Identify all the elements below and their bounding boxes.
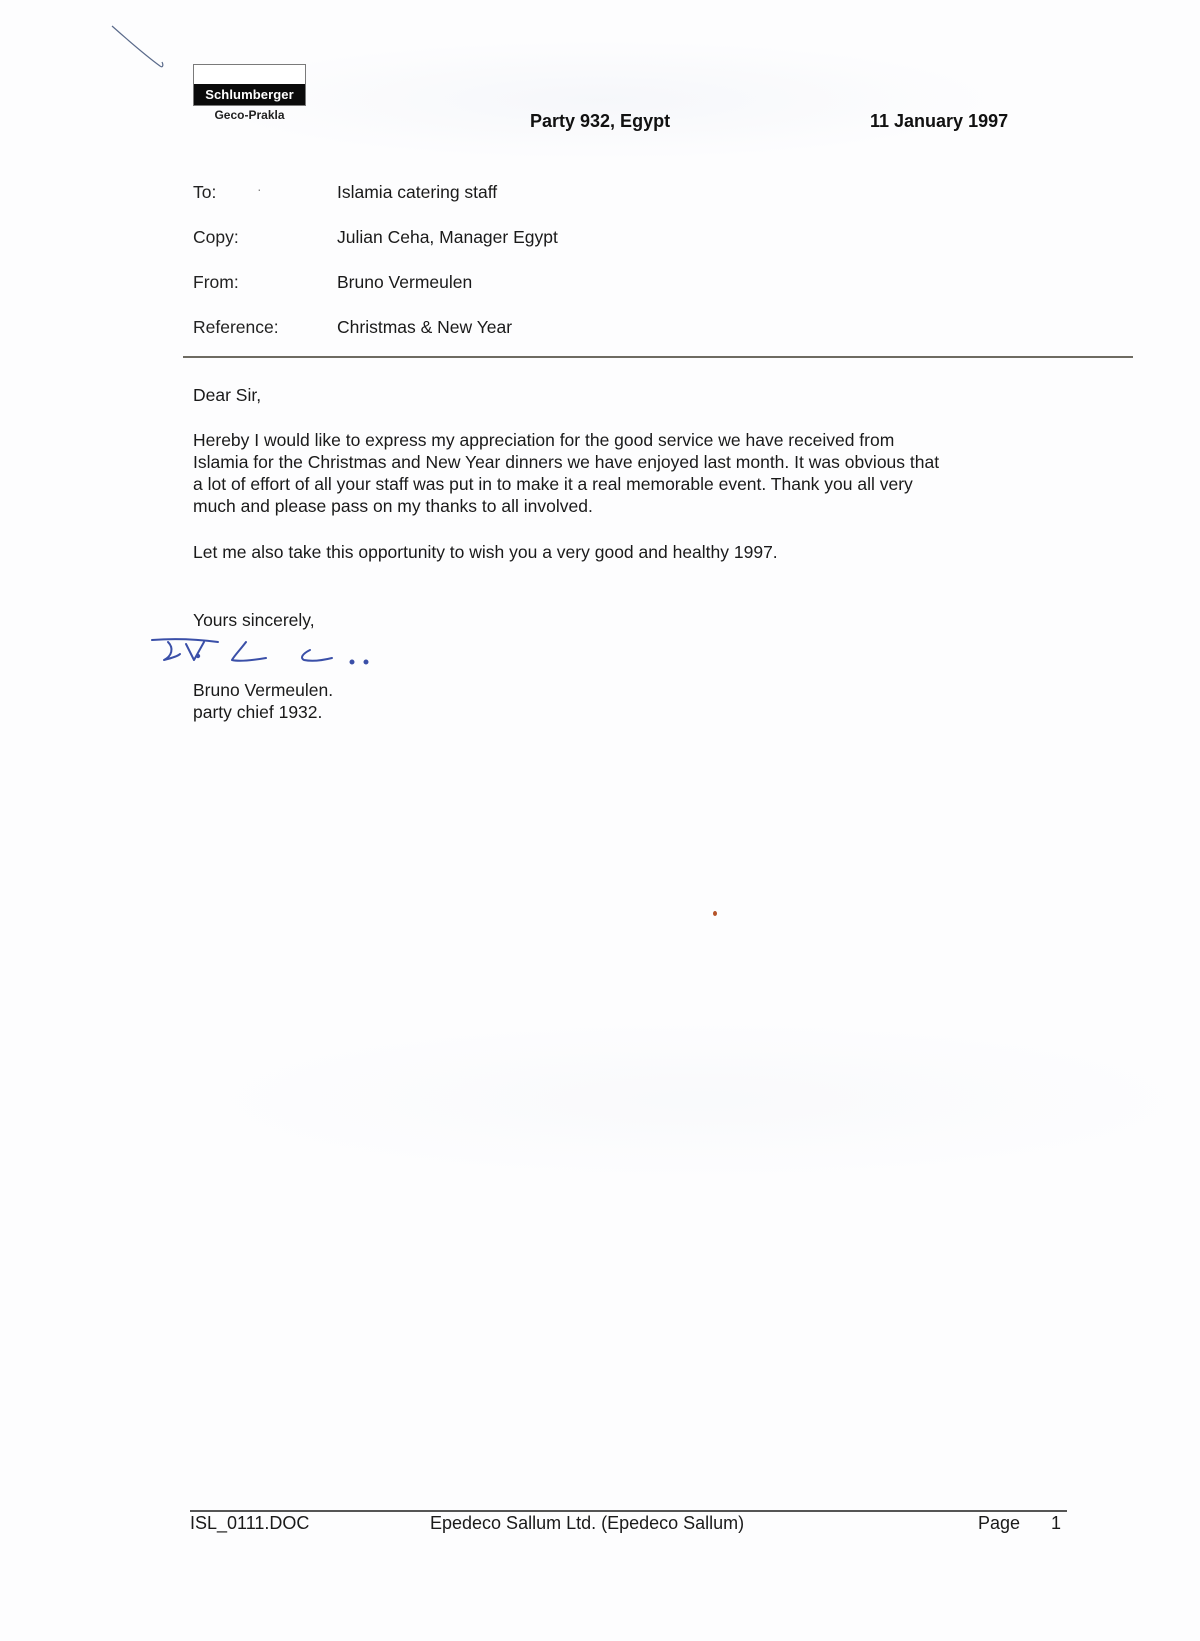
meta-label-from: From:: [193, 272, 239, 293]
paragraph-line: Hereby I would like to express my apprec…: [193, 429, 1073, 451]
footer-company: Epedeco Sallum Ltd. (Epedeco Sallum): [430, 1513, 744, 1534]
body-paragraph-2: Let me also take this opportunity to wis…: [193, 541, 1073, 563]
header-divider: [183, 356, 1133, 358]
meta-value-reference: Christmas & New Year: [337, 317, 512, 338]
paragraph-line: much and please pass on my thanks to all…: [193, 495, 1073, 517]
paragraph-line: a lot of effort of all your staff was pu…: [193, 473, 1073, 495]
stray-dot: ·: [257, 181, 262, 197]
footer-page-number: 1: [1051, 1513, 1061, 1534]
document-date: 11 January 1997: [870, 111, 1008, 132]
paragraph-line: Islamia for the Christmas and New Year d…: [193, 451, 1073, 473]
signature-icon: [148, 632, 378, 674]
footer-divider: [190, 1510, 1067, 1512]
company-logo-text: Schlumberger: [194, 84, 305, 105]
footer-filename: ISL_0111.DOC: [190, 1513, 309, 1534]
meta-value-from: Bruno Vermeulen: [337, 272, 472, 293]
meta-label-reference: Reference:: [193, 317, 279, 338]
ink-speck: [713, 911, 717, 916]
pen-stroke-mark: [110, 22, 170, 72]
document-title: Party 932, Egypt: [530, 111, 670, 132]
meta-label-to: To:: [193, 182, 216, 203]
meta-label-copy: Copy:: [193, 227, 239, 248]
body-paragraph-1: Hereby I would like to express my apprec…: [193, 429, 1073, 517]
meta-value-copy: Julian Ceha, Manager Egypt: [337, 227, 558, 248]
footer-page-label: Page: [978, 1513, 1020, 1534]
signer-title: party chief 1932.: [193, 701, 322, 723]
division-name: Geco-Prakla: [193, 108, 306, 122]
company-logo: Schlumberger: [193, 64, 306, 106]
signer-name: Bruno Vermeulen.: [193, 679, 333, 701]
closing: Yours sincerely,: [193, 609, 315, 631]
scan-background: [0, 0, 1200, 1641]
meta-value-to: Islamia catering staff: [337, 182, 497, 203]
salutation: Dear Sir,: [193, 384, 261, 406]
